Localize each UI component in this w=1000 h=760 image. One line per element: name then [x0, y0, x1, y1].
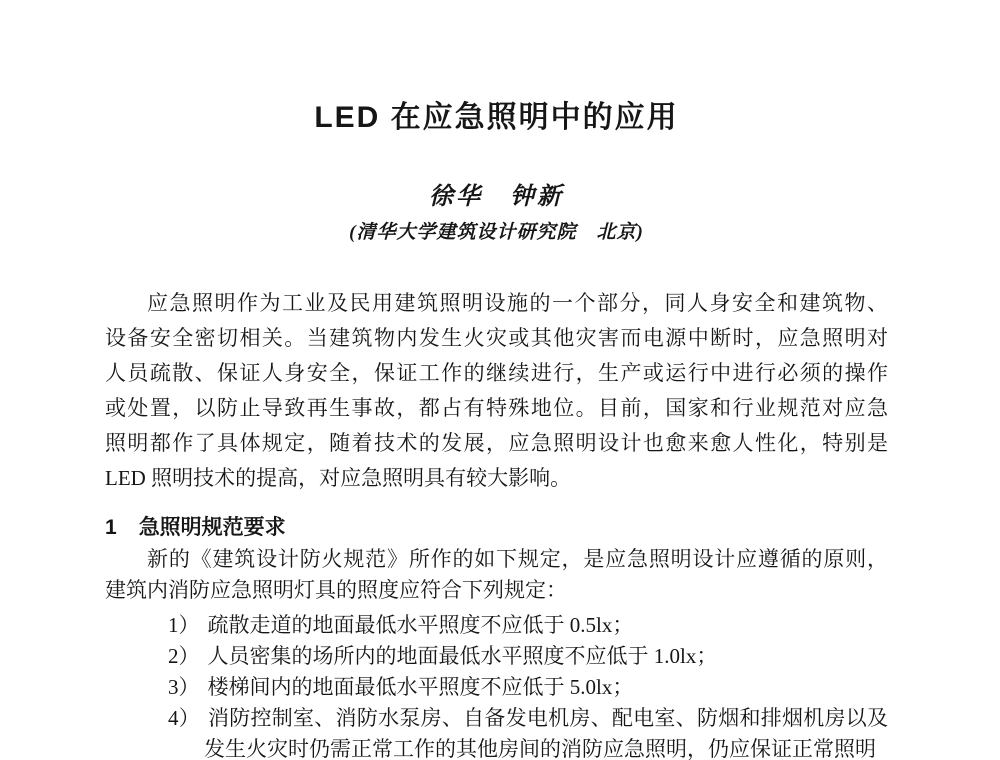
section-paragraph: 新的《建筑设计防火规范》所作的如下规定，是应急照明设计应遵循的原则， 建筑内消防…: [105, 544, 888, 606]
intro-paragraph: 应急照明作为工业及民用建筑照明设施的一个部分，同人身安全和建筑物、 设备安全密切…: [105, 286, 888, 496]
page-title: LED 在应急照明中的应用: [105, 96, 888, 140]
list-item-number: 2）: [168, 644, 200, 668]
authors: 徐华 钟新: [105, 182, 888, 212]
section-number: 1: [105, 516, 117, 539]
list-item: 2）人员密集的场所内的地面最低水平照度不应低于 1.0lx；: [105, 641, 888, 672]
list-item: 1）疏散走道的地面最低水平照度不应低于 0.5lx；: [105, 610, 888, 641]
list-item-continuation: 发生火灾时仍需正常工作的其他房间的消防应急照明，仍应保证正常照明: [105, 734, 888, 760]
list-item-number: 3）: [168, 675, 200, 699]
list-item-number: 1）: [168, 613, 200, 637]
rules-list: 1）疏散走道的地面最低水平照度不应低于 0.5lx； 2）人员密集的场所内的地面…: [105, 610, 888, 760]
text-line: 或处置，以防止导致再生事故，都占有特殊地位。目前，国家和行业规范对应急: [105, 391, 888, 426]
section-title: 急照明规范要求: [139, 516, 286, 539]
list-item-text: 楼梯间内的地面最低水平照度不应低于 5.0lx；: [208, 675, 634, 699]
list-item: 4）消防控制室、消防水泵房、自备发电机房、配电室、防烟和排烟机房以及: [105, 703, 888, 734]
document-page: LED 在应急照明中的应用 徐华 钟新 (清华大学建筑设计研究院 北京) 应急照…: [0, 0, 1000, 760]
list-item-number: 4）: [168, 706, 200, 730]
text-line: LED 照明技术的提高，对应急照明具有较大影响。: [105, 461, 888, 496]
text-line: 新的《建筑设计防火规范》所作的如下规定，是应急照明设计应遵循的原则，: [105, 544, 888, 575]
list-item-text: 人员密集的场所内的地面最低水平照度不应低于 1.0lx；: [208, 644, 718, 668]
section-heading: 1急照明规范要求: [105, 512, 888, 544]
text-line: 设备安全密切相关。当建筑物内发生火灾或其他灾害而电源中断时，应急照明对: [105, 321, 888, 356]
text-line: 应急照明作为工业及民用建筑照明设施的一个部分，同人身安全和建筑物、: [105, 286, 888, 321]
affiliation: (清华大学建筑设计研究院 北京): [105, 220, 888, 246]
list-item-text: 消防控制室、消防水泵房、自备发电机房、配电室、防烟和排烟机房以及: [208, 706, 888, 730]
text-line: 照明都作了具体规定，随着技术的发展，应急照明设计也愈来愈人性化，特别是: [105, 426, 888, 461]
list-item-text: 疏散走道的地面最低水平照度不应低于 0.5lx；: [208, 613, 634, 637]
text-line: 人员疏散、保证人身安全，保证工作的继续进行，生产或运行中进行必须的操作: [105, 356, 888, 391]
text-line: 建筑内消防应急照明灯具的照度应符合下列规定：: [105, 575, 888, 606]
list-item: 3）楼梯间内的地面最低水平照度不应低于 5.0lx；: [105, 672, 888, 703]
